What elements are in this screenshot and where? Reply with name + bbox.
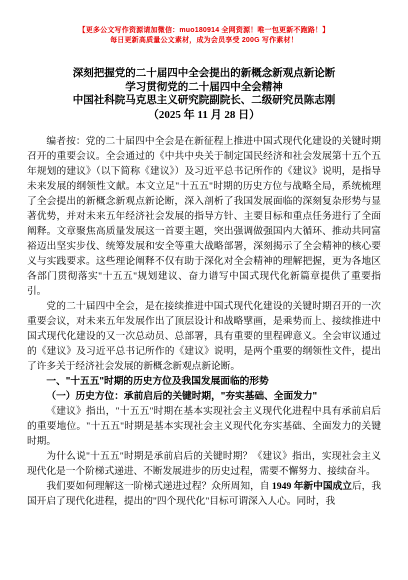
ad-line-1: 【更多公文写作资源请加微信：muo180914 全网资源！唯一包更新不跑路！】 [27,26,381,36]
document-page: 【更多公文写作资源请加微信：muo180914 全网资源！唯一包更新不跑路！】 … [0,0,408,580]
paragraph-5-bold-segment: 1949 年新中国成立 [272,481,352,492]
ad-line-2: 每日更新高质量公文素材，成为会员享受 200G 写作素材！ [27,36,381,46]
doc-title-line-2: 学习贯彻党的二十届四中全会精神 [27,81,381,95]
title-block: 深刻把握党的二十届四中全会提出的新概念新观点新论断 学习贯彻党的二十届四中全会精… [27,67,381,123]
document-body: 编者按：党的二十届四中全会是在新征程上推进中国式现代化建设的关键时期召开的重要会… [27,134,381,509]
paragraph-editor-note: 编者按：党的二十届四中全会是在新征程上推进中国式现代化建设的关键时期召开的重要会… [27,134,381,299]
paragraph-stepwise-process: 我们要如何理解这一阶梯式递进过程？众所周知，自 1949 年新中国成立后，我国开… [27,479,381,509]
doc-author-line: 中国社科院马克思主义研究院副院长、二级研究员陈志刚 [27,94,381,108]
paragraph-plenum-intro: 党的二十届四中全会，是在接续推进中国式现代化建设的关键时期召开的一次重要会议，对… [27,299,381,374]
doc-date-line: （2025 年 11 月 28 日） [27,108,381,123]
paragraph-5-text-pre: 我们要如何理解这一阶梯式递进过程？众所周知，自 [46,481,272,492]
paragraph-historical-position: 《建议》指出，"十五五"时期在基本实现社会主义现代化进程中具有承前启后的重要地位… [27,404,381,449]
section-heading-level-2: （一）历史方位：承前启后的关键时期，"夯实基础、全面发力" [27,389,381,404]
section-heading-level-1: 一、"十五五"时期的历史方位及我国发展面临的形势 [27,374,381,389]
doc-title-line-1: 深刻把握党的二十届四中全会提出的新概念新观点新论断 [27,67,381,81]
watermark-ad: 【更多公文写作资源请加微信：muo180914 全网资源！唯一包更新不跑路！】 … [27,26,381,46]
paragraph-key-period: 为什么说"十五五"时期是承前启后的关键时期？《建议》指出，实现社会主义现代化是一… [27,449,381,479]
